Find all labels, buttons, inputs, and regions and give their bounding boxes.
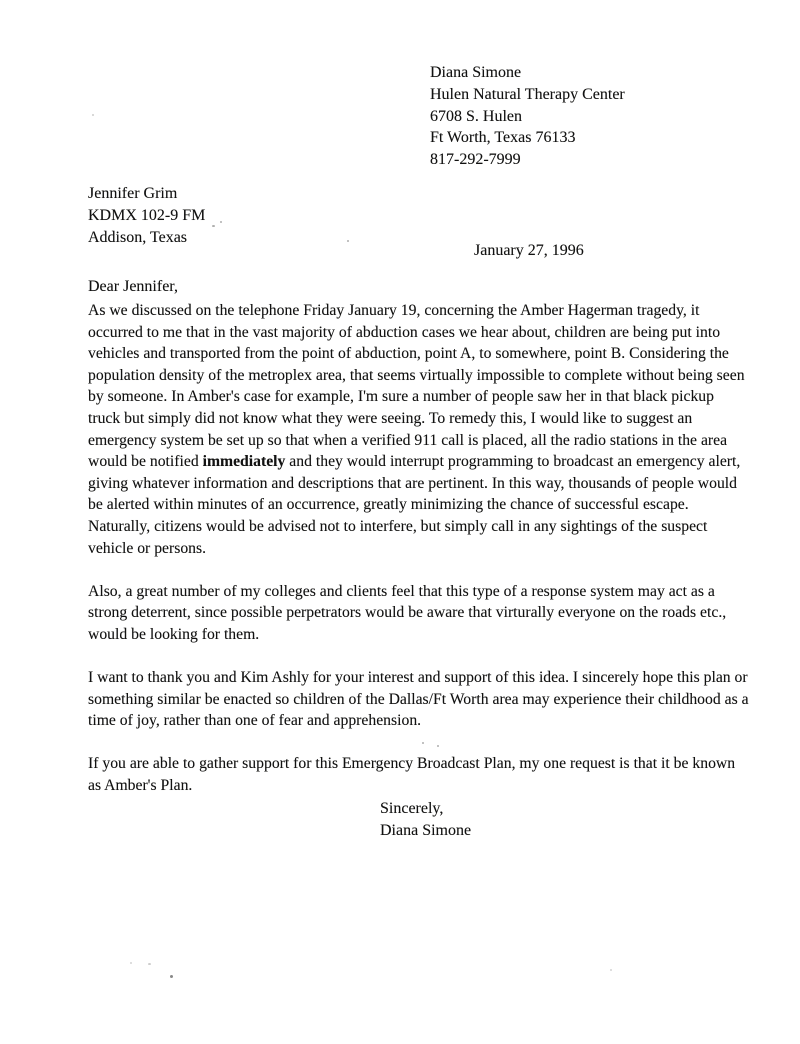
sender-organization: Hulen Natural Therapy Center	[430, 84, 625, 106]
closing-block: Sincerely, Diana Simone	[380, 798, 471, 842]
closing-name: Diana Simone	[380, 820, 471, 842]
sender-phone: 817-292-7999	[430, 149, 625, 171]
scan-speckle	[130, 962, 132, 964]
paragraph-text: immediately	[203, 453, 286, 470]
scan-speckle	[610, 969, 612, 971]
letter-date: January 27, 1996	[474, 240, 584, 262]
sender-city-state-zip: Ft Worth, Texas 76133	[430, 127, 625, 149]
scan-speckle	[148, 963, 151, 965]
recipient-address-block: Jennifer Grim KDMX 102-9 FM Addison, Tex…	[88, 183, 205, 248]
paragraph: As we discussed on the telephone Friday …	[88, 300, 750, 559]
recipient-city-state: Addison, Texas	[88, 227, 205, 249]
scan-speckle	[437, 745, 439, 747]
sender-street: 6708 S. Hulen	[430, 106, 625, 128]
closing-signoff: Sincerely,	[380, 798, 471, 820]
paragraph: Also, a great number of my colleges and …	[88, 581, 750, 646]
paragraph-text: As we discussed on the telephone Friday …	[88, 302, 745, 470]
scan-speckle	[92, 114, 94, 116]
scan-speckle	[347, 240, 349, 242]
letter-body: As we discussed on the telephone Friday …	[88, 300, 750, 818]
paragraph-text: If you are able to gather support for th…	[88, 755, 735, 794]
paragraph-text: Also, a great number of my colleges and …	[88, 583, 726, 643]
recipient-station: KDMX 102-9 FM	[88, 205, 205, 227]
scanned-letter-page: Diana Simone Hulen Natural Therapy Cente…	[0, 0, 800, 1044]
paragraph: I want to thank you and Kim Ashly for yo…	[88, 667, 750, 732]
sender-name: Diana Simone	[430, 62, 625, 84]
scan-speckle	[212, 225, 215, 227]
scan-speckle	[422, 742, 424, 744]
recipient-name: Jennifer Grim	[88, 183, 205, 205]
salutation: Dear Jennifer,	[88, 276, 178, 298]
sender-address-block: Diana Simone Hulen Natural Therapy Cente…	[430, 62, 625, 171]
scan-speckle	[170, 975, 173, 978]
paragraph-text: I want to thank you and Kim Ashly for yo…	[88, 669, 749, 729]
scan-speckle	[220, 221, 222, 223]
paragraph: If you are able to gather support for th…	[88, 753, 750, 796]
